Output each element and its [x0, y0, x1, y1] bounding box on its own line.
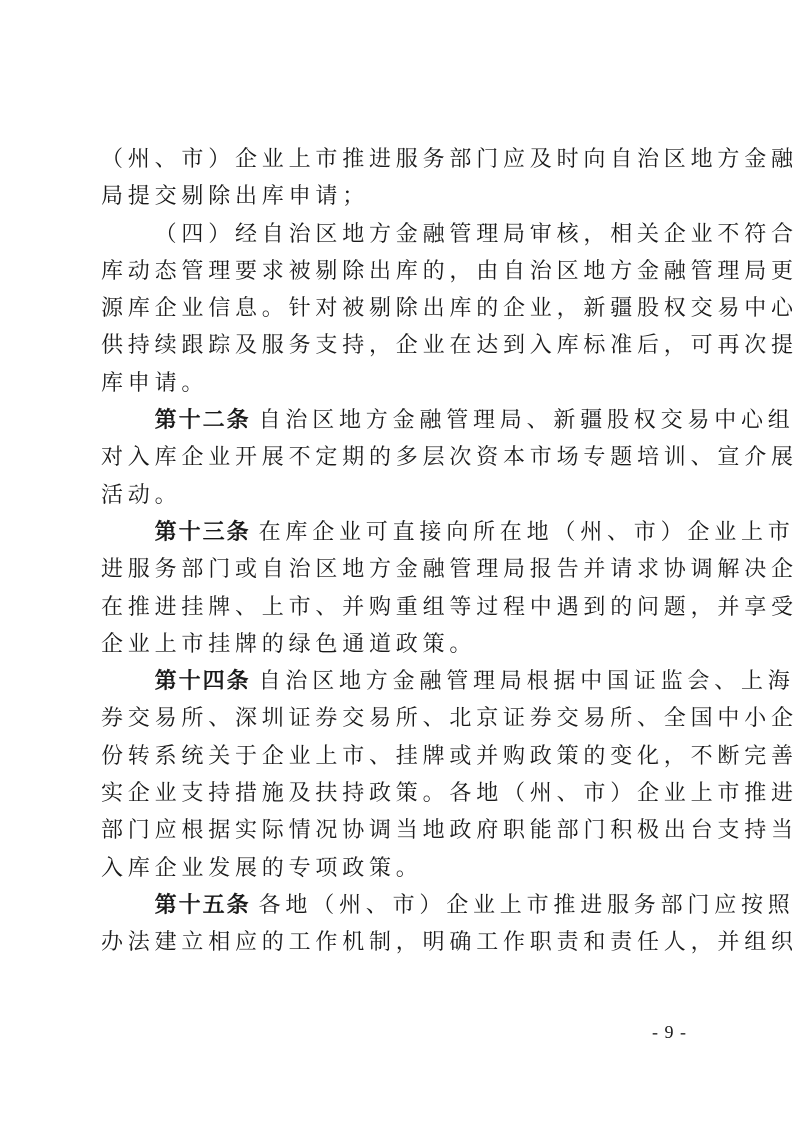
text-line: 部门应根据实际情况协调当地政府职能部门积极出台支持当地 — [101, 812, 693, 849]
line-text: 对入库企业开展不定期的多层次资本市场专题培训、宣介展示等 — [101, 445, 793, 470]
text-line: 份转系统关于企业上市、挂牌或并购政策的变化，不断完善和落 — [101, 738, 693, 775]
line-text: 进服务部门或自治区地方金融管理局报告并请求协调解决企业 — [101, 557, 793, 582]
line-text: 各地（州、市）企业上市推进服务部门应按照本 — [259, 893, 793, 918]
article-heading: 第十三条 — [155, 520, 251, 545]
line-text: 局提交剔除出库申请； — [101, 184, 369, 209]
article-13-line: 第十三条在库企业可直接向所在地（州、市）企业上市推 — [101, 514, 693, 551]
text-line: 券交易所、深圳证券交易所、北京证券交易所、全国中小企业股 — [101, 700, 693, 737]
line-text: 实企业支持措施及扶持政策。各地（州、市）企业上市推进服务 — [101, 781, 793, 806]
line-text: 部门应根据实际情况协调当地政府职能部门积极出台支持当地 — [101, 818, 793, 843]
document-page: （州、市）企业上市推进服务部门应及时向自治区地方金融管理 局提交剔除出库申请； … — [0, 0, 793, 1121]
text-line: 对入库企业开展不定期的多层次资本市场专题培训、宣介展示等 — [101, 439, 693, 476]
text-line: 局提交剔除出库申请； — [101, 178, 693, 215]
line-text: 入库企业发展的专项政策。 — [101, 856, 423, 881]
text-line: 源库企业信息。针对被剔除出库的企业，新疆股权交易中心需提 — [101, 290, 693, 327]
line-text: 源库企业信息。针对被剔除出库的企业，新疆股权交易中心需提 — [101, 296, 793, 321]
line-text: 活动。 — [101, 483, 181, 508]
line-text: 券交易所、深圳证券交易所、北京证券交易所、全国中小企业股 — [101, 706, 793, 731]
text-line: 在推进挂牌、上市、并购重组等过程中遇到的问题，并享受新疆 — [101, 589, 693, 626]
line-text: （四）经自治区地方金融管理局审核，相关企业不符合资源 — [155, 222, 793, 247]
text-line: （州、市）企业上市推进服务部门应及时向自治区地方金融管理 — [101, 141, 693, 178]
text-line: 进服务部门或自治区地方金融管理局报告并请求协调解决企业 — [101, 551, 693, 588]
article-heading: 第十四条 — [155, 669, 251, 694]
line-text: 库动态管理要求被剔除出库的，由自治区地方金融管理局更新资 — [101, 259, 793, 284]
line-text: （州、市）企业上市推进服务部门应及时向自治区地方金融管理 — [101, 147, 793, 172]
line-text: 份转系统关于企业上市、挂牌或并购政策的变化，不断完善和落 — [101, 744, 793, 769]
line-text: 库申请。 — [101, 371, 208, 396]
text-line: 入库企业发展的专项政策。 — [101, 850, 693, 887]
page-number: - 9 - — [652, 1022, 687, 1043]
text-line: 供持续跟踪及服务支持，企业在达到入库标准后，可再次提交入 — [101, 327, 693, 364]
line-text: 在推进挂牌、上市、并购重组等过程中遇到的问题，并享受新疆 — [101, 595, 793, 620]
text-line: 库动态管理要求被剔除出库的，由自治区地方金融管理局更新资 — [101, 253, 693, 290]
line-text: 办法建立相应的工作机制，明确工作职责和责任人，并组织开展 — [101, 930, 793, 955]
text-line: （四）经自治区地方金融管理局审核，相关企业不符合资源 — [101, 216, 693, 253]
line-text: 供持续跟踪及服务支持，企业在达到入库标准后，可再次提交入 — [101, 333, 793, 358]
article-15-line: 第十五条各地（州、市）企业上市推进服务部门应按照本 — [101, 887, 693, 924]
text-line: 办法建立相应的工作机制，明确工作职责和责任人，并组织开展 — [101, 924, 693, 961]
article-heading: 第十二条 — [155, 408, 251, 433]
text-line: 库申请。 — [101, 365, 693, 402]
article-14-line: 第十四条自治区地方金融管理局根据中国证监会、上海证 — [101, 663, 693, 700]
line-text: 在库企业可直接向所在地（州、市）企业上市推 — [259, 520, 793, 545]
line-text: 自治区地方金融管理局、新疆股权交易中心组织 — [259, 408, 793, 433]
text-line: 实企业支持措施及扶持政策。各地（州、市）企业上市推进服务 — [101, 775, 693, 812]
body-text: （州、市）企业上市推进服务部门应及时向自治区地方金融管理 局提交剔除出库申请； … — [101, 141, 693, 962]
line-text: 企业上市挂牌的绿色通道政策。 — [101, 632, 476, 657]
text-line: 企业上市挂牌的绿色通道政策。 — [101, 626, 693, 663]
text-line: 活动。 — [101, 477, 693, 514]
line-text: 自治区地方金融管理局根据中国证监会、上海证 — [259, 669, 793, 694]
article-12-line: 第十二条自治区地方金融管理局、新疆股权交易中心组织 — [101, 402, 693, 439]
article-heading: 第十五条 — [155, 893, 251, 918]
